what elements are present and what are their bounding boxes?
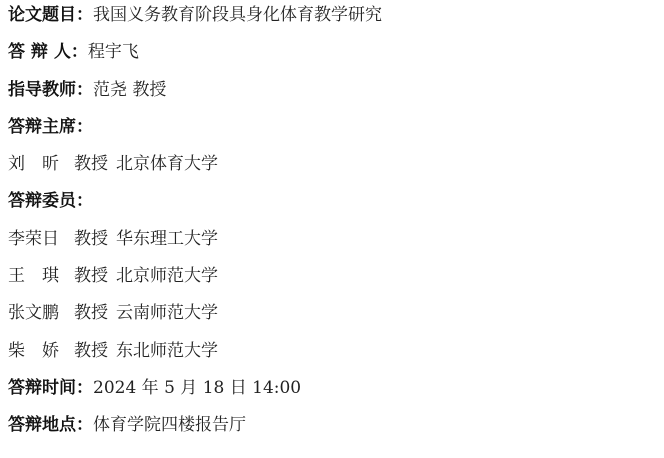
member-affiliation: 东北师范大学 bbox=[116, 338, 218, 364]
chair-heading-row: 答辩主席： bbox=[8, 114, 664, 151]
member-title: 教授 bbox=[74, 300, 108, 326]
defense-location-label: 答辩地点： bbox=[8, 412, 93, 438]
thesis-title-row: 论文题目： 我国义务教育阶段具身化体育教学研究 bbox=[8, 2, 664, 39]
advisor-value: 范尧 教授 bbox=[93, 77, 166, 103]
committee-member-row: 柴 娇 教授 东北师范大学 bbox=[8, 338, 664, 375]
defender-name: 程宇飞 bbox=[88, 39, 139, 65]
chair-member-row: 刘 昕 教授 北京体育大学 bbox=[8, 151, 664, 188]
defender-label: 答 辩 人： bbox=[8, 39, 88, 65]
advisor-row: 指导教师： 范尧 教授 bbox=[8, 77, 664, 114]
defense-time-row: 答辩时间： 2024 年 5 月 18 日 14:00 bbox=[8, 375, 664, 412]
defender-row: 答 辩 人： 程宇飞 bbox=[8, 39, 664, 76]
advisor-label: 指导教师： bbox=[8, 77, 93, 103]
chair-label: 答辩主席： bbox=[8, 114, 93, 140]
defense-time-label: 答辩时间： bbox=[8, 375, 93, 401]
member-title: 教授 bbox=[74, 226, 108, 252]
member-title: 教授 bbox=[74, 151, 108, 177]
member-affiliation: 云南师范大学 bbox=[116, 300, 218, 326]
defense-time-value: 2024 年 5 月 18 日 14:00 bbox=[93, 375, 301, 401]
member-name: 刘 昕 bbox=[8, 151, 74, 177]
defense-announcement: 论文题目： 我国义务教育阶段具身化体育教学研究 答 辩 人： 程宇飞 指导教师：… bbox=[0, 0, 664, 450]
member-title: 教授 bbox=[74, 263, 108, 289]
committee-label: 答辩委员： bbox=[8, 188, 93, 214]
member-name: 张文鹏 bbox=[8, 300, 74, 326]
defense-location-value: 体育学院四楼报告厅 bbox=[93, 412, 246, 438]
member-name: 柴 娇 bbox=[8, 338, 74, 364]
member-name: 李荣日 bbox=[8, 226, 74, 252]
committee-member-row: 张文鹏 教授 云南师范大学 bbox=[8, 300, 664, 337]
defense-location-row: 答辩地点： 体育学院四楼报告厅 bbox=[8, 412, 664, 449]
committee-member-row: 王 琪 教授 北京师范大学 bbox=[8, 263, 664, 300]
thesis-title-label: 论文题目： bbox=[8, 2, 93, 28]
thesis-title-value: 我国义务教育阶段具身化体育教学研究 bbox=[93, 2, 382, 28]
committee-member-row: 李荣日 教授 华东理工大学 bbox=[8, 226, 664, 263]
member-affiliation: 北京师范大学 bbox=[116, 263, 218, 289]
member-affiliation: 华东理工大学 bbox=[116, 226, 218, 252]
member-affiliation: 北京体育大学 bbox=[116, 151, 218, 177]
committee-heading-row: 答辩委员： bbox=[8, 188, 664, 225]
member-title: 教授 bbox=[74, 338, 108, 364]
member-name: 王 琪 bbox=[8, 263, 74, 289]
